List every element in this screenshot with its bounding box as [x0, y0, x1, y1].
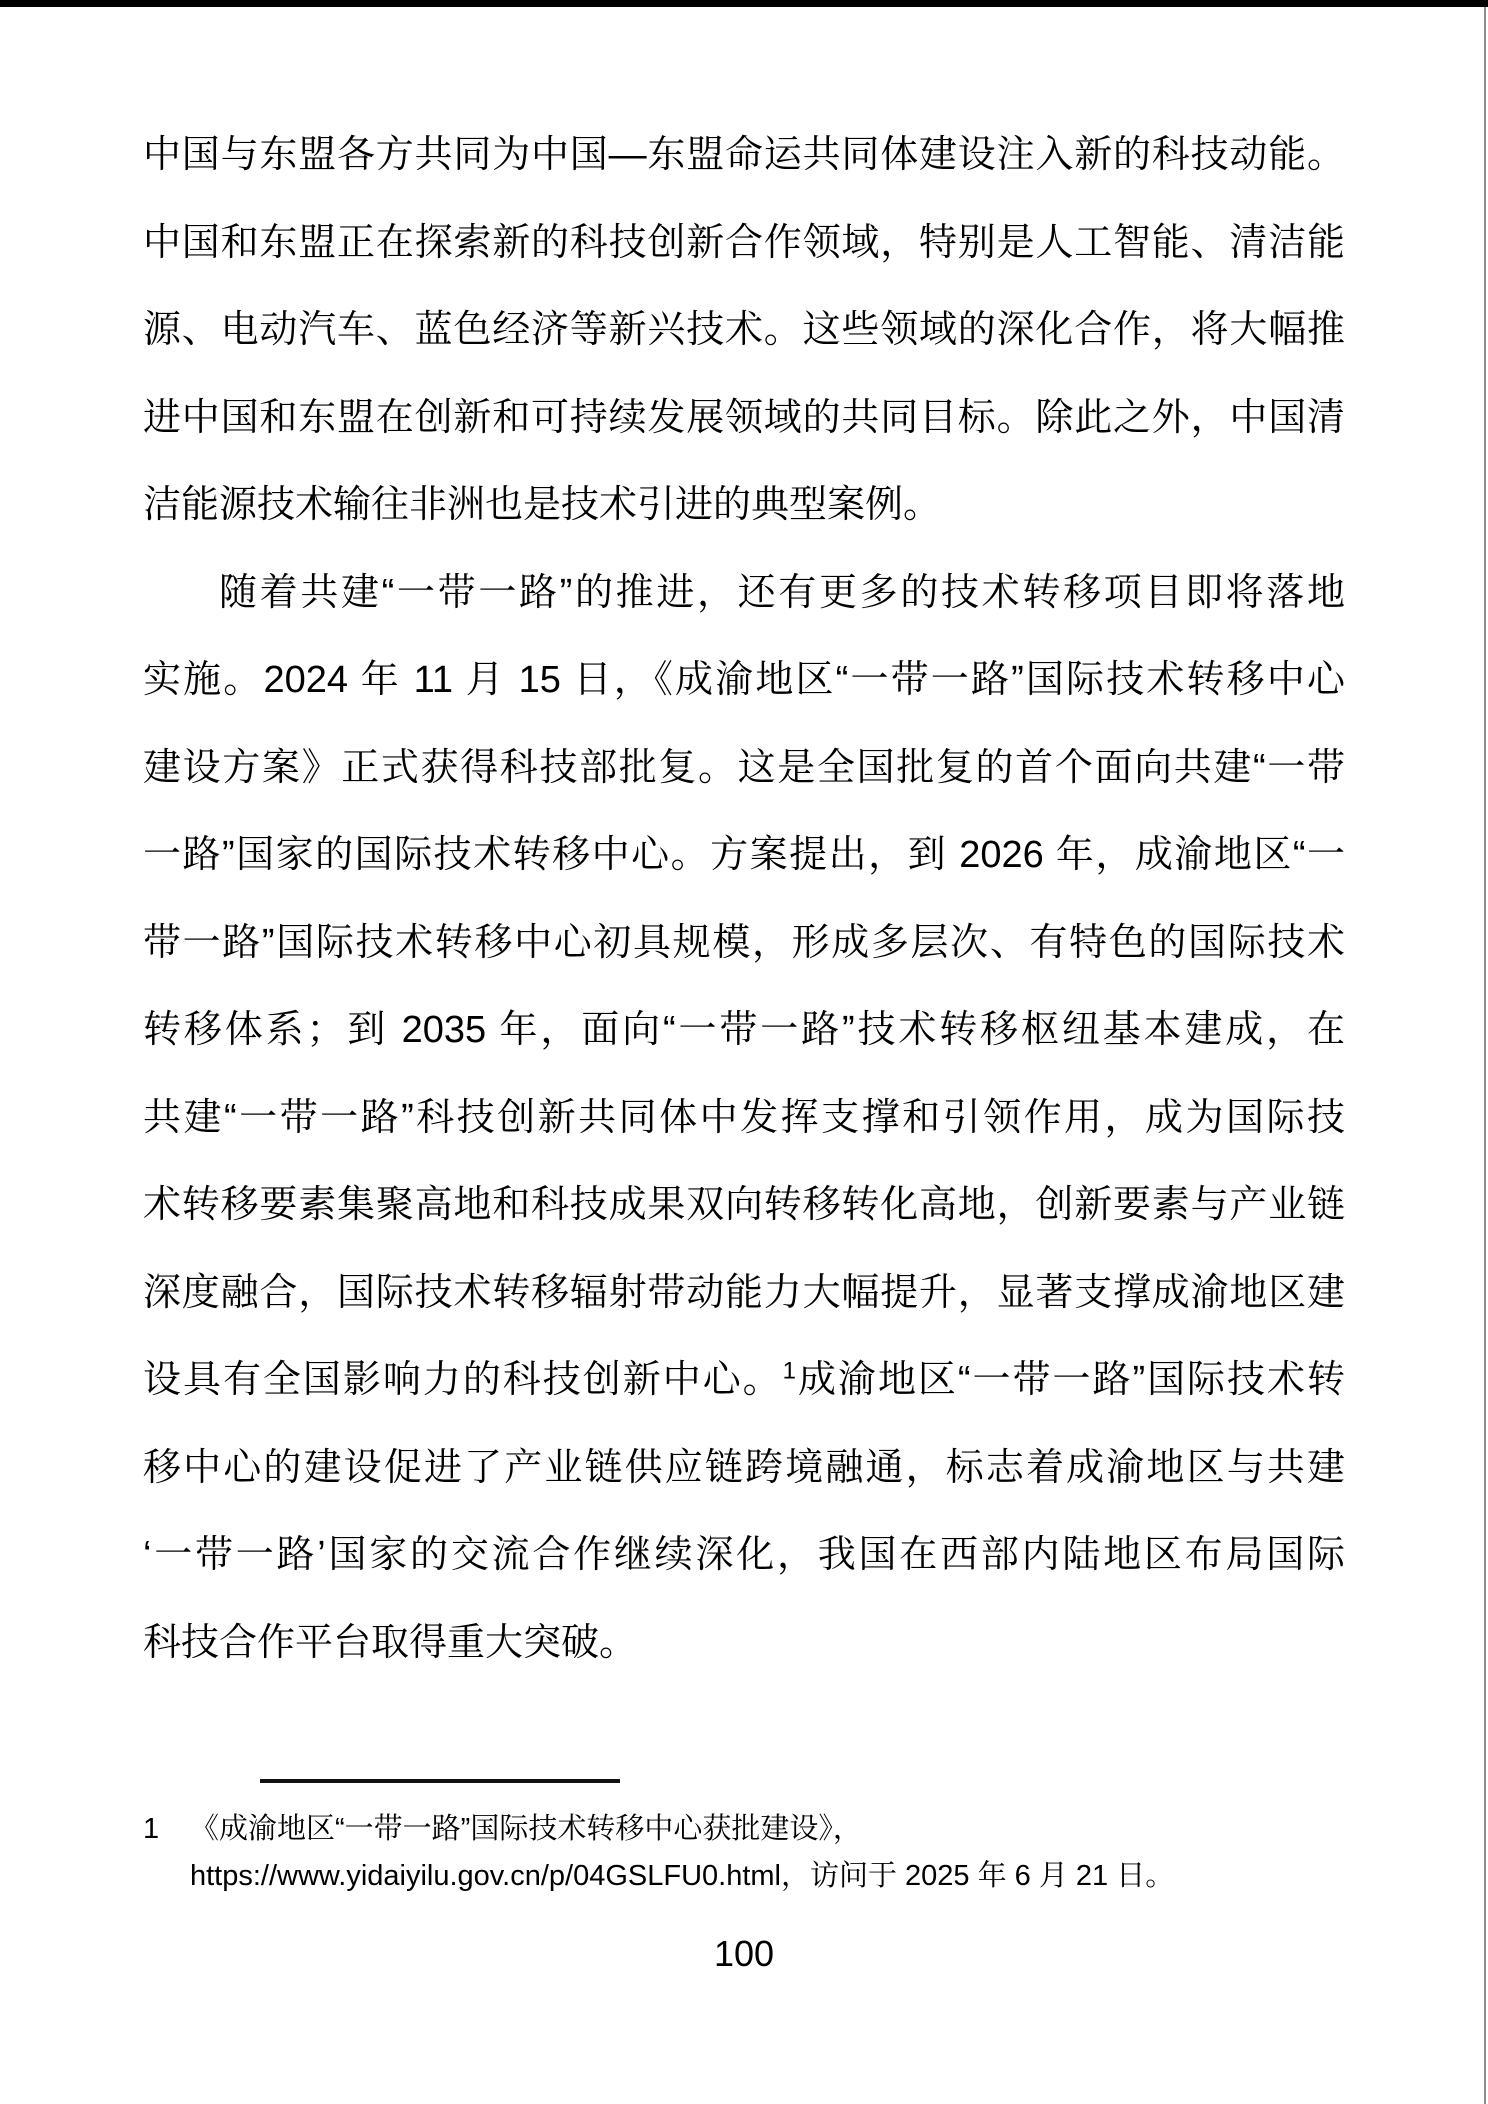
text-line-15-before-ref: 设具有全国影响力的科技创新中心。	[143, 1359, 783, 1401]
page-number: 100	[0, 1932, 1488, 1976]
text-line-1: 中国与东盟各方共同为中国—东盟命运共同体建设注入新的科技动能。	[143, 112, 1345, 200]
text-line-11: 转移体系；到 2035 年，面向“一带一路”技术转移枢纽基本建成，在	[143, 987, 1345, 1075]
text-line-18: 科技合作平台取得重大突破。	[143, 1600, 1345, 1688]
footnote-reference-mark: 1	[783, 1357, 796, 1384]
footnote-title-text: 《成渝地区“一带一路”国际技术转移中心获批建设》，	[190, 1813, 862, 1845]
text-line-6: 随着共建“一带一路”的推进，还有更多的技术转移项目即将落地	[143, 550, 1345, 638]
text-line-14: 深度融合，国际技术转移辐射带动能力大幅提升，显著支撑成渝地区建	[143, 1250, 1345, 1338]
footnote-line-1: 1《成渝地区“一带一路”国际技术转移中心获批建设》，	[143, 1806, 1345, 1853]
text-line-12: 共建“一带一路”科技创新共同体中发挥支撑和引领作用，成为国际技	[143, 1075, 1345, 1163]
text-line-3: 源、电动汽车、蓝色经济等新兴技术。这些领域的深化合作，将大幅推	[143, 287, 1345, 375]
footnote-separator	[260, 1779, 620, 1783]
text-line-8: 建设方案》正式获得科技部批复。这是全国批复的首个面向共建“一带	[143, 725, 1345, 813]
text-line-5: 洁能源技术输往非洲也是技术引进的典型案例。	[143, 462, 1345, 550]
footnote: 1《成渝地区“一带一路”国际技术转移中心获批建设》， https://www.y…	[143, 1806, 1345, 1900]
scan-top-bar	[0, 0, 1488, 7]
text-line-10: 带一路”国际技术转移中心初具规模，形成多层次、有特色的国际技术	[143, 900, 1345, 988]
text-line-15-after-ref: 成渝地区“一带一路”国际技术转	[796, 1359, 1345, 1401]
page-edge-line	[1484, 7, 1486, 2104]
footnote-number: 1	[143, 1806, 190, 1853]
footnote-line-2: https://www.yidaiyilu.gov.cn/p/04GSLFU0.…	[143, 1853, 1345, 1900]
text-line-16: 移中心的建设促进了产业链供应链跨境融通，标志着成渝地区与共建	[143, 1425, 1345, 1513]
text-line-15: 设具有全国影响力的科技创新中心。1成渝地区“一带一路”国际技术转	[143, 1337, 1345, 1425]
document-body: 中国与东盟各方共同为中国—东盟命运共同体建设注入新的科技动能。 中国和东盟正在探…	[143, 112, 1345, 1687]
text-line-4: 进中国和东盟在创新和可持续发展领域的共同目标。除此之外，中国清	[143, 375, 1345, 463]
text-line-2: 中国和东盟正在探索新的科技创新合作领域，特别是人工智能、清洁能	[143, 200, 1345, 288]
text-line-7: 实施。2024 年 11 月 15 日，《成渝地区“一带一路”国际技术转移中心	[143, 637, 1345, 725]
text-line-9: 一路”国家的国际技术转移中心。方案提出，到 2026 年，成渝地区“一	[143, 812, 1345, 900]
text-line-13: 术转移要素集聚高地和科技成果双向转移转化高地，创新要素与产业链	[143, 1162, 1345, 1250]
text-line-17: ‘一带一路’国家的交流合作继续深化，我国在西部内陆地区布局国际	[143, 1512, 1345, 1600]
